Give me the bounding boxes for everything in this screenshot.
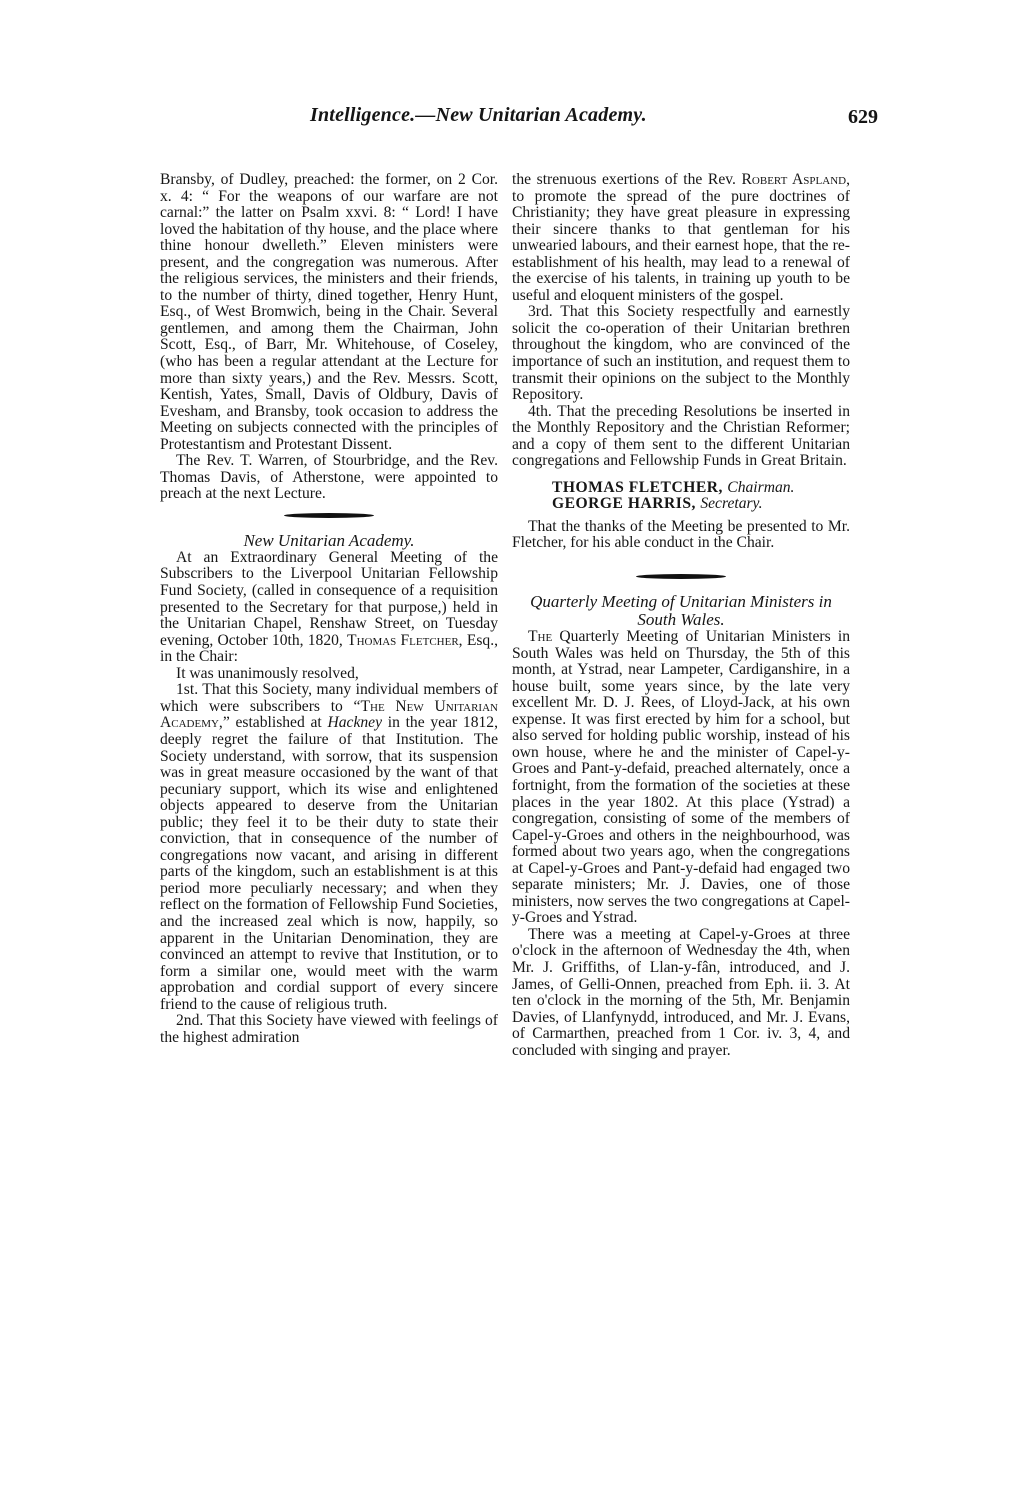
paragraph-resolution-2: 2nd. That this Society have viewed with … [160, 1013, 498, 1046]
secretary-role: Secretary. [700, 495, 762, 512]
page-header: Intelligence.—New Unitarian Academy. 629 [160, 100, 860, 134]
secretary-signature-name: GEORGE HARRIS, [552, 495, 696, 512]
resolution-1-text-b: ” established at [223, 714, 322, 731]
section-title-quarterly-meeting: Quarterly Meeting of Unitarian Ministers… [512, 593, 850, 629]
paragraph-resolution-1: 1st. That this Society, many individual … [160, 682, 498, 1013]
signature-chairman: THOMAS FLETCHER, Chairman. [512, 480, 850, 497]
paragraph-resolution-4: 4th. That the preceding Resolutions be i… [512, 404, 850, 470]
right-column: the strenuous exertions of the Rev. Robe… [512, 172, 850, 1059]
left-column: Bransby, of Dudley, preached: the former… [160, 172, 498, 1046]
paragraph-resolution-2-cont: the strenuous exertions of the Rev. Robe… [512, 172, 850, 304]
chairman-name: Thomas Fletcher, [347, 632, 463, 649]
lead-word: The [528, 628, 552, 645]
paragraph-resolved: It was unanimously resolved, [160, 666, 498, 683]
paragraph-meeting-intro: At an Extraordinary General Meeting of t… [160, 550, 498, 666]
resolution-2-text-a: the strenuous exertions of the Rev. [512, 171, 736, 188]
paragraph-quarterly-meeting: The Quarterly Meeting of Unitarian Minis… [512, 629, 850, 927]
section-title-new-unitarian-academy: New Unitarian Academy. [160, 532, 498, 550]
page-number: 629 [848, 106, 878, 129]
chairman-role: Chairman. [727, 479, 794, 496]
paragraph-next-lecture: The Rev. T. Warren, of Stourbridge, and … [160, 453, 498, 503]
signature-secretary: GEORGE HARRIS, Secretary. [512, 496, 850, 513]
paragraph-lecture-report: Bransby, of Dudley, preached: the former… [160, 172, 498, 453]
quarterly-meeting-text: Quarterly Meeting of Unitarian Ministers… [512, 628, 850, 926]
running-head: Intelligence.—New Unitarian Academy. [310, 104, 647, 127]
paragraph-thanks: That the thanks of the Meeting be presen… [512, 519, 850, 552]
chairman-signature-name: THOMAS FLETCHER, [552, 479, 723, 496]
resolution-2-text-b: to promote the spread of the pure doctri… [512, 188, 850, 304]
aspland-name: Robert Aspland, [742, 171, 850, 188]
paragraph-meeting-details: There was a meeting at Capel-y-Groes at … [512, 927, 850, 1059]
paragraph-resolution-3: 3rd. That this Society respectfully and … [512, 304, 850, 403]
section-divider [636, 574, 726, 579]
section-divider [284, 513, 374, 518]
resolution-1-text-c: in the year 1812, deeply regret the fail… [160, 714, 498, 1012]
place-name: Hackney [327, 714, 382, 731]
